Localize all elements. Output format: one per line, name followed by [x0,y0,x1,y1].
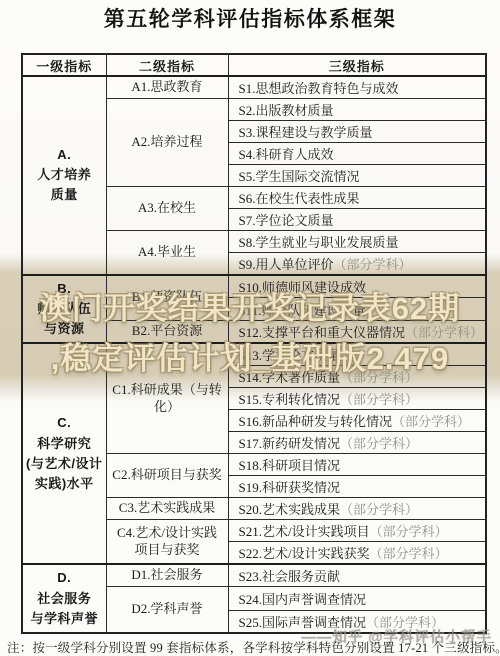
partial-discipline-suffix: （部分学科） [392,414,470,429]
partial-discipline-suffix: （部分学科） [340,502,418,517]
partial-discipline-suffix: （部分学科） [370,546,448,561]
tertiary-indicator-text: S21.艺术/设计实践项目 [239,524,370,539]
tertiary-indicator: S20.艺术实践成果（部分学科） [228,498,486,520]
secondary-indicator: C3.艺术实践成果 [106,498,228,520]
tertiary-indicator: S17.新药研发情况（部分学科） [228,432,486,454]
tertiary-indicator: S9.用人单位评价（部分学科） [228,252,486,275]
tertiary-indicator-text: S8.学生就业与职业发展质量 [239,235,399,250]
tertiary-indicator-text: S22.艺术/设计实践获奖 [239,546,370,561]
tertiary-indicator-text: S24.国内声誉调查情况 [239,592,366,607]
tertiary-indicator: S7.学位论文质量 [228,208,486,230]
secondary-indicator: C4.艺术/设计实践项目与获奖 [106,520,228,564]
tertiary-indicator: S2.出版教材质量 [228,99,486,121]
tertiary-indicator: S15.专利转化情况（部分学科） [228,388,486,410]
tertiary-indicator-text: S18.科研项目情况 [239,458,340,473]
tertiary-indicator: S4.科研育人成效 [228,142,486,164]
tertiary-indicator-text: S23.社会服务贡献 [239,569,340,584]
spam-overlay-line1: 澳门开奖结果开奖记录表62期 [0,283,500,328]
partial-discipline-suffix: （部分学科） [340,436,418,451]
tertiary-indicator-text: S3.课程建设与教学质量 [239,125,373,140]
partial-discipline-suffix: （部分学科） [370,524,448,539]
tertiary-indicator-text: S5.学生国际交流情况 [239,169,360,184]
header-cell-primary-indicator: 一级指标 [22,54,106,76]
tertiary-indicator: S18.科研项目情况 [228,454,486,476]
tertiary-indicator-text: S9.用人单位评价 [239,257,334,272]
tertiary-indicator-text: S16.新品种研发与转化情况 [239,414,392,429]
table-header-row: 一级指标 二级指标 三级指标 [22,54,486,76]
table-row: A. 人才培养 质量A1.思政教育S1.思想政治教育特色与成效 [22,76,486,99]
primary-indicator-D: D. 社会服务 与学科声誉 [22,564,106,633]
tertiary-indicator: S8.学生就业与职业发展质量 [228,230,486,252]
secondary-indicator: A1.思政教育 [106,76,228,99]
tertiary-indicator-text: S15.专利转化情况 [239,392,340,407]
partial-discipline-suffix: （部分学科） [340,392,418,407]
secondary-indicator: C2.科研项目与获奖 [106,454,228,498]
tertiary-indicator-text: S17.新药研发情况 [239,436,340,451]
secondary-indicator: A4.毕业生 [106,230,228,274]
secondary-indicator: A2.培养过程 [106,99,228,187]
secondary-indicator: A3.在校生 [106,186,228,230]
tertiary-indicator-text: S1.思想政治教育特色与成效 [239,81,399,96]
secondary-indicator: D1.社会服务 [106,564,228,587]
header-cell-secondary-indicator: 二级指标 [106,54,228,76]
partial-discipline-suffix: （部分学科） [333,257,411,272]
tertiary-indicator: S6.在校生代表性成果 [228,186,486,208]
tertiary-indicator: S23.社会服务贡献 [228,564,486,587]
spam-overlay-line2: ,稳定评估计划_基础版2.479 [0,333,500,378]
tertiary-indicator: S22.艺术/设计实践获奖（部分学科） [228,542,486,565]
tertiary-indicator: S21.艺术/设计实践项目（部分学科） [228,520,486,542]
tertiary-indicator: S16.新品种研发与转化情况（部分学科） [228,410,486,432]
tertiary-indicator: S1.思想政治教育特色与成效 [228,76,486,99]
tertiary-indicator-text: S7.学位论文质量 [239,213,334,228]
tertiary-indicator-text: S4.科研育人成效 [239,147,334,162]
tertiary-indicator: S24.国内声誉调查情况 [228,587,486,611]
tertiary-indicator: S5.学生国际交流情况 [228,164,486,186]
footnote: 注：按一级学科分别设置 99 套指标体系，各学科按学科特色分别设置 17-21 … [7,638,500,656]
secondary-indicator: D2.学科声誉 [106,587,228,633]
tertiary-indicator-text: S20.艺术实践成果 [239,502,340,517]
tertiary-indicator: S19.科研获奖情况 [228,476,486,498]
tertiary-indicator-text: S6.在校生代表性成果 [239,191,360,206]
tertiary-indicator-text: S2.出版教材质量 [239,103,334,118]
tertiary-indicator: S3.课程建设与教学质量 [228,120,486,142]
primary-indicator-A: A. 人才培养 质量 [22,76,106,275]
header-cell-tertiary-indicator: 三级指标 [228,54,486,76]
document-page: 第五轮学科评估指标体系框架 一级指标 二级指标 三级指标 A. 人才培养 质量A… [0,0,500,656]
table-row: D. 社会服务 与学科声誉D1.社会服务S23.社会服务贡献 [22,564,486,587]
page-title: 第五轮学科评估指标体系框架 [0,3,500,33]
tertiary-indicator-text: S19.科研获奖情况 [239,480,340,495]
